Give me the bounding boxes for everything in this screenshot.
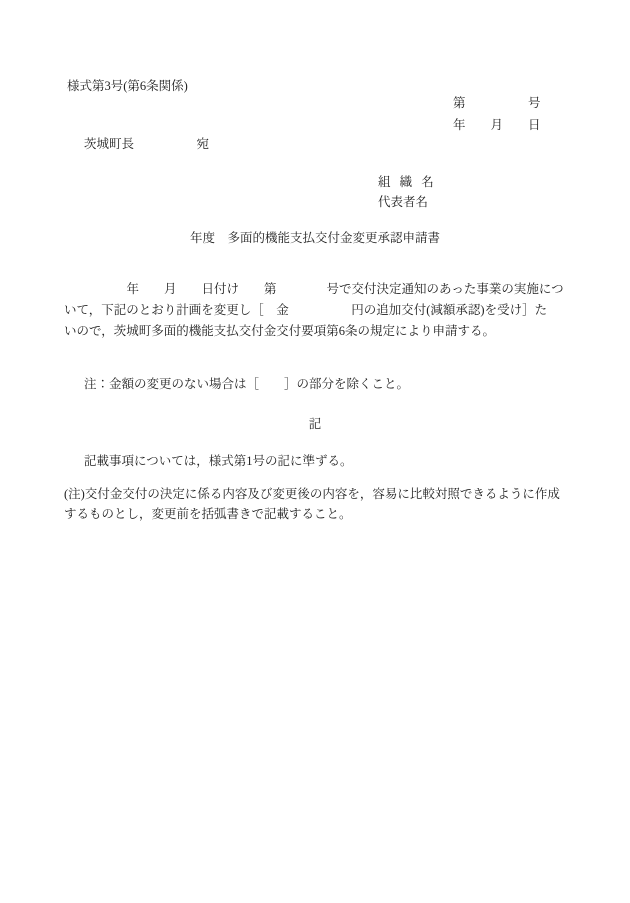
organization-name-label: 組 織 名 bbox=[378, 175, 437, 189]
body-paragraph-line-3: いので，茨城町多面的機能支払交付金交付要項第6条の規定により申請する。 bbox=[64, 324, 495, 338]
document-title: 年度 多面的機能支払交付金変更承認申請書 bbox=[0, 231, 630, 245]
form-number: 様式第3号(第6条関係) bbox=[67, 79, 188, 93]
body-paragraph-line-2: いて，下記のとおり計画を変更し［ 金 円の追加交付(減額承認)を受け］た bbox=[64, 303, 547, 317]
date-line: 年 月 日 bbox=[453, 118, 541, 132]
footnote-line-1: (注)交付金交付の決定に係る内容及び変更後の内容を，容易に比較対照できるように作… bbox=[64, 487, 560, 501]
document-page: 様式第3号(第6条関係) 第 号 年 月 日 茨城町長 宛 組 織 名 代表者名… bbox=[0, 0, 630, 903]
footnote-line-2: するものとし，変更前を括弧書きで記載すること。 bbox=[64, 507, 352, 521]
bracket-note-line: 注：金額の変更のない場合は［ ］の部分を除くこと。 bbox=[84, 377, 409, 391]
ki-section-heading: 記 bbox=[0, 417, 630, 431]
entry-items-description: 記載事項については，様式第1号の記に準ずる。 bbox=[84, 454, 353, 468]
representative-name-label: 代表者名 bbox=[378, 195, 428, 209]
addressee-line: 茨城町長 宛 bbox=[84, 137, 209, 151]
document-number-line: 第 号 bbox=[453, 96, 541, 110]
body-paragraph-line-1: 年 月 日付け 第 号で交付決定通知のあった事業の実施につ bbox=[64, 282, 564, 296]
